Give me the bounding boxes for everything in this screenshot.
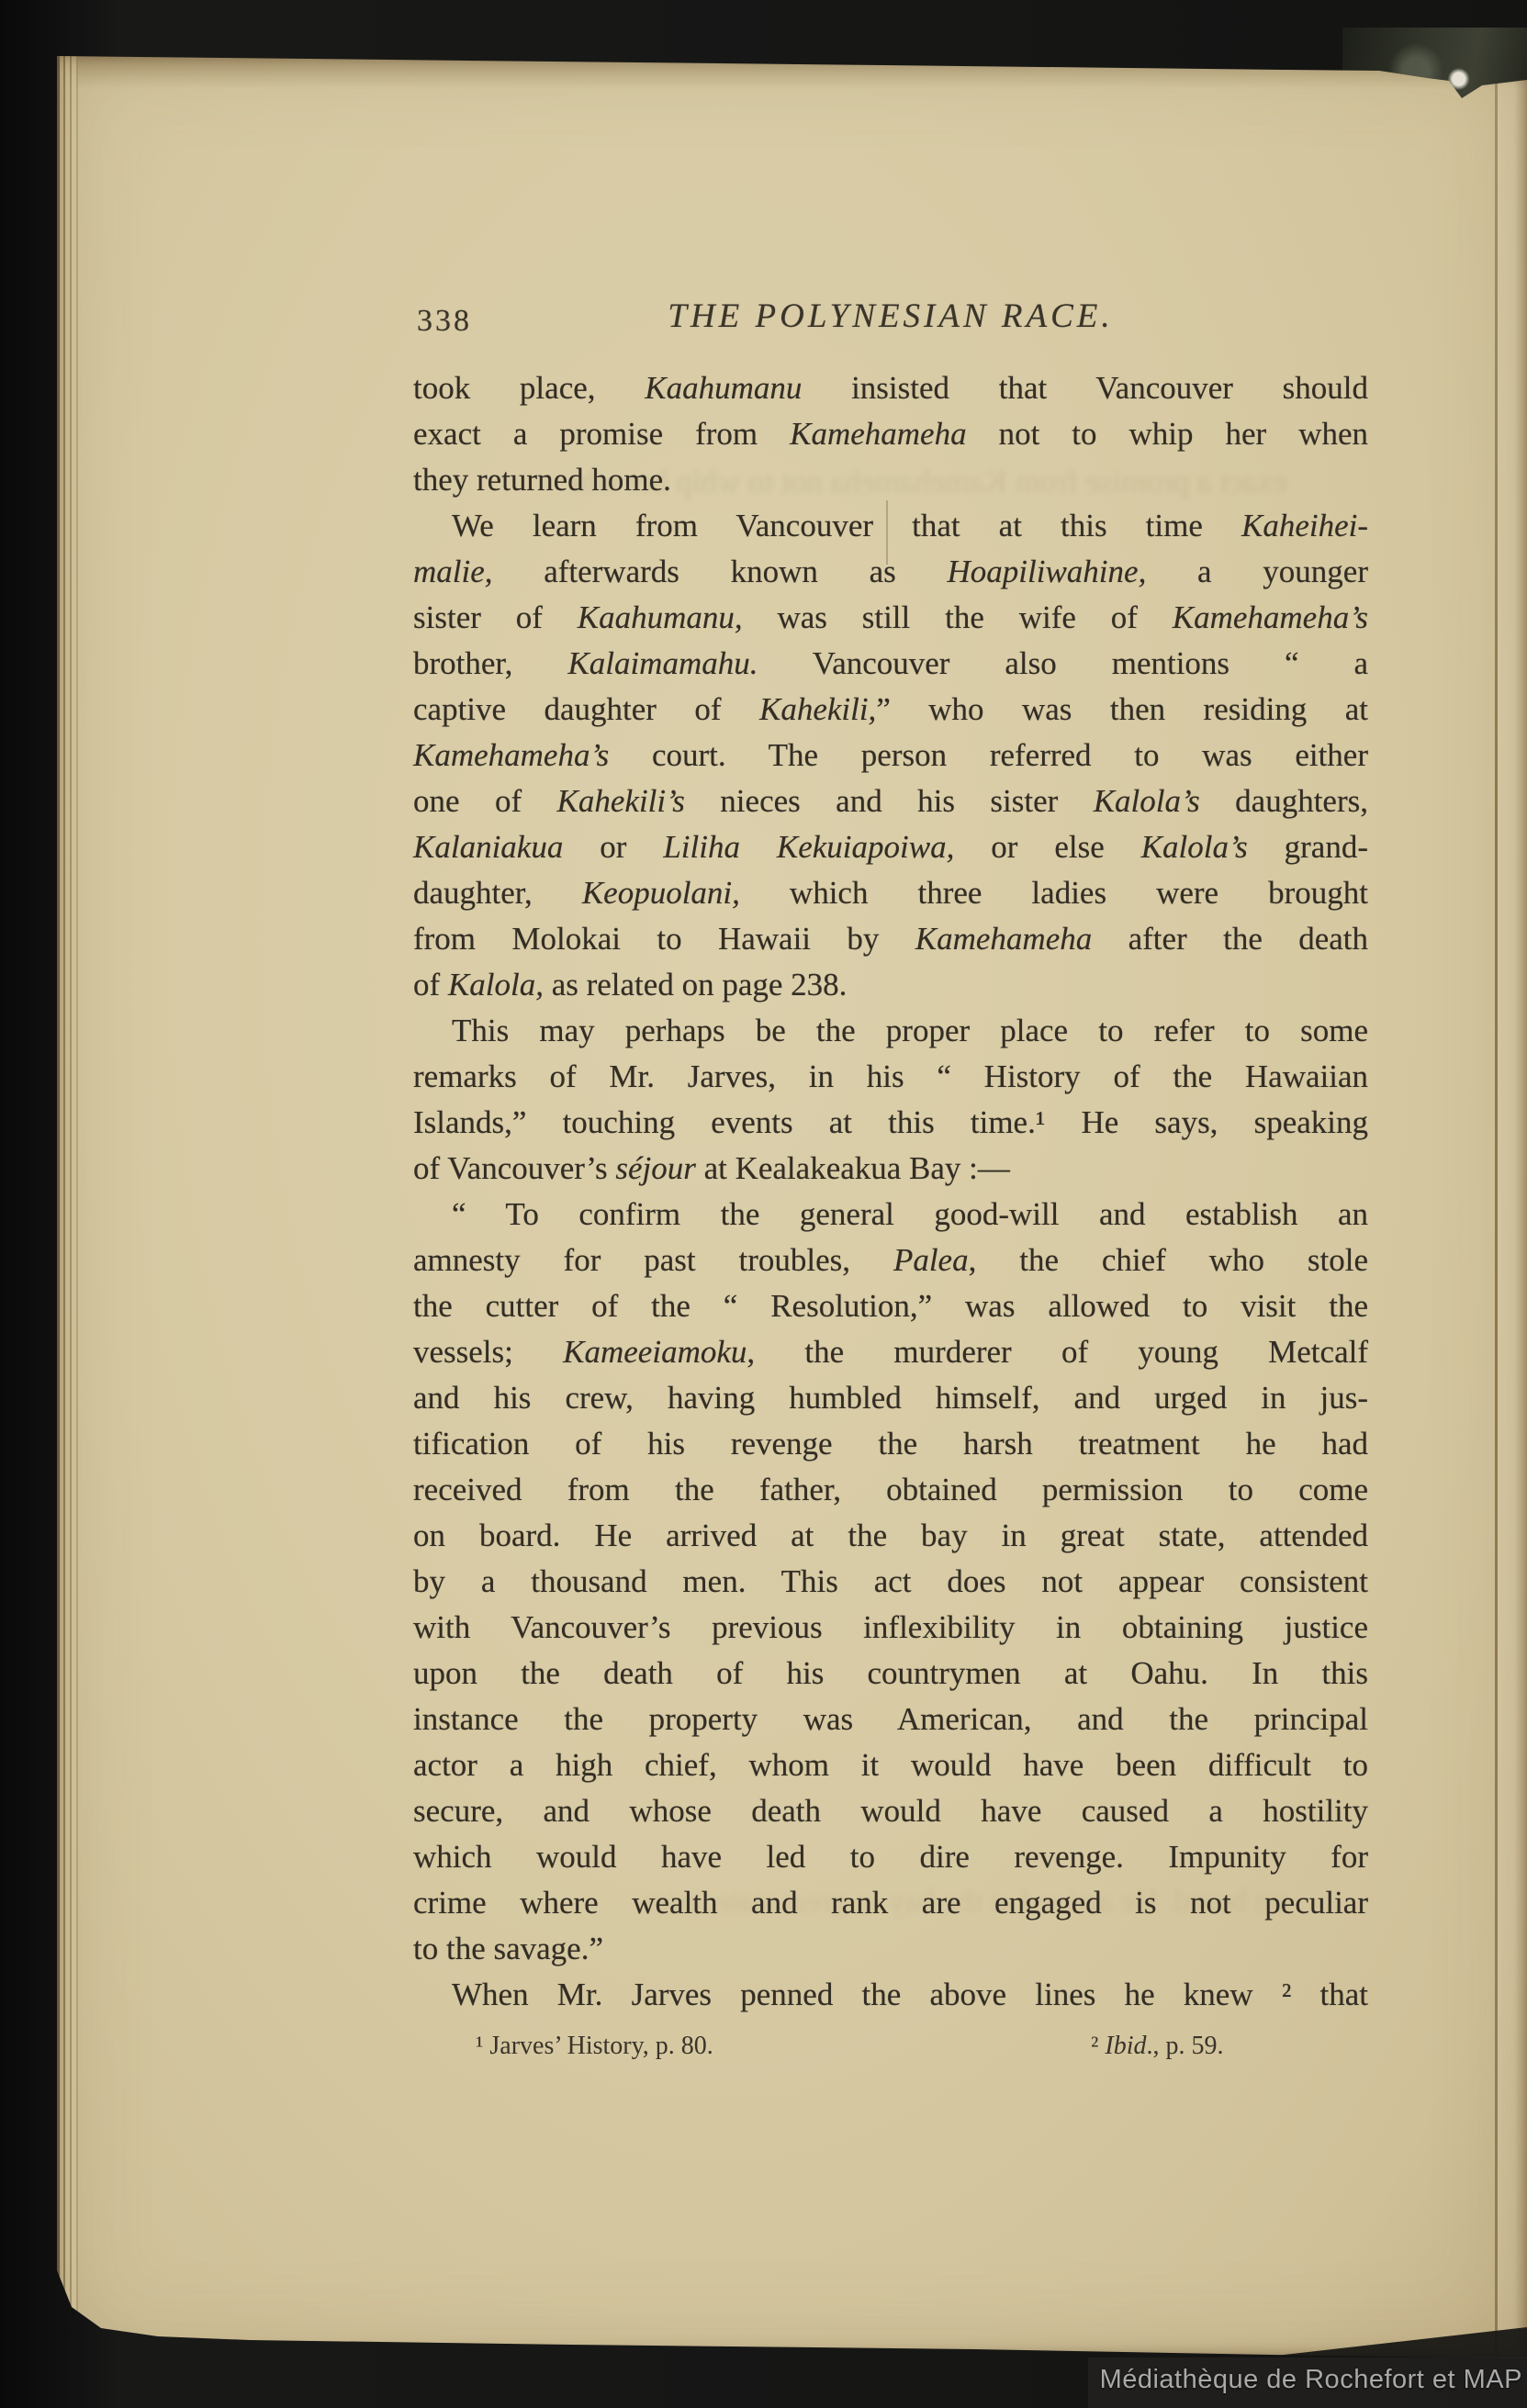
text-line: crime where wealth and rank are engaged … xyxy=(413,1880,1368,1926)
text-line: of Kalola, as related on page 238. xyxy=(413,962,1368,1008)
printed-text-block: 338 THE POLYNESIAN RACE. took place, Kaa… xyxy=(413,297,1368,2018)
text-line: vessels; Kameeiamoku, the murderer of yo… xyxy=(413,1329,1368,1375)
text-line: the cutter of the “ Resolution,” was all… xyxy=(413,1283,1368,1329)
running-title: THE POLYNESIAN RACE. xyxy=(413,297,1368,336)
text-line: actor a high chief, whom it would have b… xyxy=(413,1742,1368,1788)
text-line: daughter, Keopuolani, which three ladies… xyxy=(413,870,1368,916)
text-line: We learn from Vancouver that at this tim… xyxy=(413,503,1368,549)
text-line: remarks of Mr. Jarves, in his “ History … xyxy=(413,1054,1368,1100)
text-line: from Molokai to Hawaii by Kamehameha aft… xyxy=(413,916,1368,962)
text-line: instance the property was American, and … xyxy=(413,1697,1368,1742)
book-page: exact a promise from Kamehameha not to w… xyxy=(57,50,1527,2358)
text-line: upon the death of his countrymen at Oahu… xyxy=(413,1651,1368,1697)
text-line: tification of his revenge the harsh trea… xyxy=(413,1421,1368,1467)
library-watermark-label: Médiathèque de Rochefort et MAP xyxy=(1100,2365,1522,2395)
text-line: received from the father, obtained permi… xyxy=(413,1467,1368,1513)
text-line: on board. He arrived at the bay in great… xyxy=(413,1513,1368,1559)
text-line: “ To confirm the general good-will and e… xyxy=(413,1192,1368,1238)
text-line: amnesty for past troubles, Palea, the ch… xyxy=(413,1238,1368,1283)
text-line: one of Kahekili’s nieces and his sister … xyxy=(413,778,1368,824)
text-line: malie, afterwards known as Hoapiliwahine… xyxy=(413,549,1368,595)
footnote-1: ¹ Jarves’ History, p. 80. xyxy=(476,2032,713,2061)
cover-corner-shadow xyxy=(1252,2327,1527,2358)
scanner-background: exact a promise from Kamehameha not to w… xyxy=(0,0,1527,2408)
text-line: took place, Kaahumanu insisted that Vanc… xyxy=(413,365,1368,411)
text-line: This may perhaps be the proper place to … xyxy=(413,1008,1368,1054)
adjacent-leaf-edge xyxy=(1498,50,1527,2358)
text-line: and his crew, having humbled himself, an… xyxy=(413,1375,1368,1421)
text-line: Kamehameha’s court. The person referred … xyxy=(413,733,1368,778)
footnotes-row: ¹ Jarves’ History, p. 80. ² Ibid., p. 59… xyxy=(413,2032,1368,2078)
text-line: brother, Kalaimamahu. Vancouver also men… xyxy=(413,641,1368,687)
text-line: Islands,” touching events at this time.¹… xyxy=(413,1100,1368,1146)
text-line: sister of Kaahumanu, was still the wife … xyxy=(413,595,1368,641)
page-number: 338 xyxy=(417,304,472,339)
body-text: took place, Kaahumanu insisted that Vanc… xyxy=(413,365,1368,2018)
text-line: by a thousand men. This act does not app… xyxy=(413,1559,1368,1605)
page-edge-deckle xyxy=(57,50,84,2358)
text-line: captive daughter of Kahekili,” who was t… xyxy=(413,687,1368,733)
page-edge-browning xyxy=(57,50,1527,89)
text-line: of Vancouver’s séjour at Kealakeakua Bay… xyxy=(413,1146,1368,1192)
text-line: secure, and whose death would have cause… xyxy=(413,1788,1368,1834)
text-line: which would have led to dire revenge. Im… xyxy=(413,1834,1368,1880)
text-line: Kalaniakua or Liliha Kekuiapoiwa, or els… xyxy=(413,824,1368,870)
text-line: with Vancouver’s previous inflexibility … xyxy=(413,1605,1368,1651)
footnote-2: ² Ibid., p. 59. xyxy=(1091,2032,1224,2061)
page-header: 338 THE POLYNESIAN RACE. xyxy=(413,297,1368,365)
text-line: to the savage.” xyxy=(413,1926,1368,1972)
text-line: exact a promise from Kamehameha not to w… xyxy=(413,411,1368,457)
text-line: When Mr. Jarves penned the above lines h… xyxy=(413,1972,1368,2018)
text-line: they returned home. xyxy=(413,457,1368,503)
